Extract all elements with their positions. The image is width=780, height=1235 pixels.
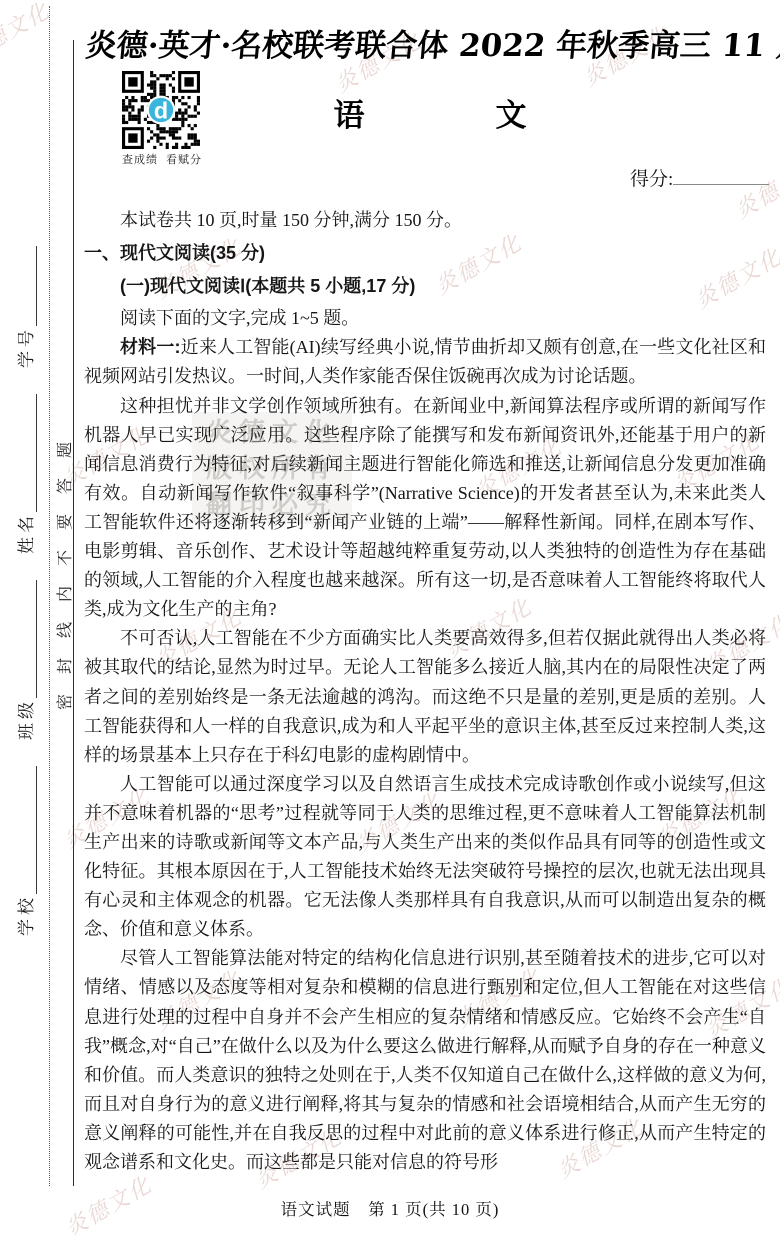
score-blank-line	[673, 165, 769, 185]
score-label: 得分:	[630, 169, 673, 190]
school-field: 学校	[12, 766, 37, 936]
section-heading: 一、现代文阅读(35 分)	[84, 239, 766, 268]
qr-caption-check-score: 查成绩	[122, 151, 158, 167]
student-number-field-label: 学号	[12, 326, 37, 368]
paper-info-line: 本试卷共 10 页,时量 150 分钟,满分 150 分。	[84, 206, 766, 235]
score-field: 得分:	[630, 164, 769, 191]
material-label: 材料一:	[120, 337, 181, 357]
body-paragraph: 人工智能可以通过深度学习以及自然语言生成技术完成诗歌创作或小说续写,但这并不意味…	[84, 770, 766, 945]
student-number-field-blank	[16, 246, 37, 326]
name-field: 姓名	[12, 394, 37, 554]
exam-paper-page: { "header": { "exam_title": "炎德·英才·名校联考联…	[0, 0, 780, 1235]
page-footer: 语文试题 第 1 页(共 10 页)	[0, 1196, 780, 1220]
school-field-blank	[16, 766, 37, 894]
class-field: 班级	[12, 580, 37, 740]
student-info-fields: 学校 班级 姓名 学号	[12, 220, 37, 936]
diagonal-watermark-text: 炎德文化	[0, 0, 55, 69]
qr-caption-view-points: 看赋分	[166, 151, 202, 167]
material-paragraph: 材料一:近来人工智能(AI)续写经典小说,情节曲折却又颇有创意,在一些文化社区和…	[84, 333, 766, 391]
qr-caption: 查成绩 看赋分	[122, 151, 200, 167]
reading-instruction: 阅读下面的文字,完成 1~5 题。	[84, 304, 766, 333]
school-field-label: 学校	[12, 894, 37, 936]
exam-body: 本试卷共 10 页,时量 150 分钟,满分 150 分。 一、现代文阅读(35…	[84, 206, 766, 1177]
exam-title: 炎德·英才·名校联考联合体 2022 年秋季高三 11 月联考	[84, 20, 764, 65]
subsection-heading: (一)现代文阅读Ⅰ(本题共 5 小题,17 分)	[84, 272, 766, 301]
body-paragraph: 这种担忧并非文学创作领域所独有。在新闻业中,新闻算法程序或所谓的新闻写作机器人早…	[84, 392, 766, 625]
body-paragraph: 尽管人工智能算法能对特定的结构化信息进行识别,甚至随着技术的进步,它可以对情绪、…	[84, 944, 766, 1177]
name-field-blank	[16, 394, 37, 512]
body-paragraph: 不可否认,人工智能在不少方面确实比人类要高效得多,但若仅据此就得出人类必将被其取…	[84, 624, 766, 769]
seal-line-text: 密封线内不要答题	[52, 410, 75, 710]
class-field-blank	[16, 580, 37, 698]
class-field-label: 班级	[12, 698, 37, 740]
paragraph-text: 近来人工智能(AI)续写经典小说,情节曲折却又颇有创意,在一些文化社区和视频网站…	[84, 337, 766, 386]
student-number-field: 学号	[12, 246, 37, 368]
name-field-label: 姓名	[12, 512, 37, 554]
subject-title: 语 文	[130, 90, 780, 135]
seal-dotted-line	[49, 6, 50, 1186]
